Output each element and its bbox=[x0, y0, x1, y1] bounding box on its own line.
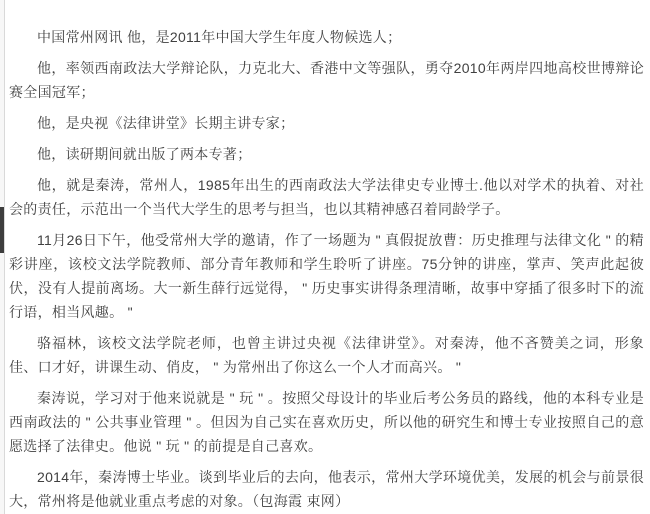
article-paragraph: 11月26日下午，他受常州大学的邀请，作了一场题为 " 真假捉放曹：历史推理与法… bbox=[9, 228, 644, 324]
article-paragraph: 秦涛说，学习对于他来说就是 " 玩 " 。按照父母设计的毕业后考公务员的路线，他… bbox=[9, 386, 644, 458]
article-paragraph: 他，率领西南政法大学辩论队，力克北大、香港中文等强队，勇夺2010年两岸四地高校… bbox=[9, 56, 644, 104]
article-paragraph: 中国常州网讯 他，是2011年中国大学生年度人物候选人； bbox=[9, 25, 644, 49]
article-page: 中国常州网讯 他，是2011年中国大学生年度人物候选人；他，率领西南政法大学辩论… bbox=[0, 0, 650, 514]
article-paragraph: 他，是央视《法律讲堂》长期主讲专家； bbox=[9, 111, 644, 135]
article-paragraph: 他，读研期间就出版了两本专著； bbox=[9, 142, 644, 166]
scrollbar-thumb[interactable] bbox=[0, 207, 4, 253]
article-paragraph: 骆福林，该校文法学院老师，也曾主讲过央视《法律讲堂》。对秦涛，他不吝赞美之词，形… bbox=[9, 331, 644, 379]
article-paragraph: 他，就是秦涛，常州人，1985年出生的西南政法大学法律史专业博士.他以对学术的执… bbox=[9, 173, 644, 221]
article-paragraph: 2014年，秦涛博士毕业。谈到毕业后的去向，他表示，常州大学环境优美，发展的机会… bbox=[9, 465, 644, 513]
article-body: 中国常州网讯 他，是2011年中国大学生年度人物候选人；他，率领西南政法大学辩论… bbox=[5, 0, 650, 514]
